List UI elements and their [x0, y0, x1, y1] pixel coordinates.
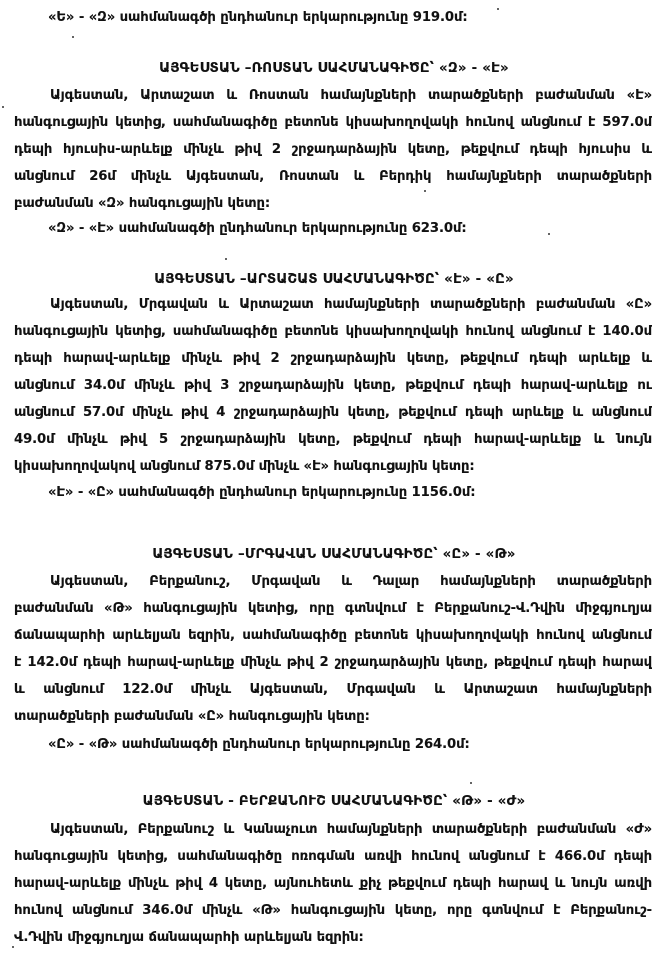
paragraph-line: անցնում 57.0մ մինչև թիվ 4 շրջադարձային կ…	[14, 405, 652, 422]
paragraph-line: ճանապարհի արևելյան եզրին, սահմանագիծը բե…	[14, 628, 652, 645]
paragraph-line: հարավ-արևելք մինչև թիվ 4 կետը, այնուհետև…	[14, 876, 652, 893]
paragraph-line: և անցնում 122.0մ մինչև Այգեստան, Մրգավան…	[14, 682, 652, 699]
summary-line-y-t: «Ը» - «Թ» սահմանագծի ընդհանուր երկարությ…	[48, 737, 470, 753]
summary-line-e-y: «Է» - «Ը» սահմանագծի ընդհանուր երկարությ…	[48, 485, 475, 501]
scan-speck	[470, 782, 472, 784]
paragraph-line: տարածքների բաժանման «Ը» հանգուցային կետը…	[14, 709, 652, 726]
paragraph-line: բաժանման «Թ» հանգուցային կետից, որը գտնվ…	[14, 601, 652, 618]
summary-line-e-z: «Ե» - «Զ» սահմանագծի ընդհանուր երկարությ…	[48, 10, 468, 26]
paragraph-line: Այգեստան, Արտաշատ և Ռոստան համայնքների տ…	[50, 88, 652, 105]
paragraph-line: Այգեստան, Մրգավան և Արտաշատ համայնքների …	[50, 297, 652, 314]
section-heading-aygestan-mrgavan: ԱՅԳԵՍՏԱՆ –ՄՐԳԱՎԱՆ ՍԱՀՄԱՆԱԳԻԾԸ՝ «Ը» - «Թ»	[0, 547, 668, 563]
paragraph-line: բաժանման «Զ» հանգուցային կետը:	[14, 196, 652, 213]
scan-speck	[497, 8, 499, 10]
scan-speck	[225, 258, 227, 260]
paragraph-line: հանգուցային կետից, սահմանագիծը բետոնե կի…	[14, 324, 652, 341]
scan-speck	[12, 946, 14, 948]
scanned-document-page: «Ե» - «Զ» սահմանագծի ընդհանուր երկարությ…	[0, 0, 668, 961]
paragraph-line: 49.0մ մինչև թիվ 5 շրջադարձային կետը, թեք…	[14, 432, 652, 449]
scan-speck	[72, 36, 74, 38]
section-heading-aygestan-rostan: ԱՅԳԵՍՏԱՆ –ՌՈՍՏԱՆ ՍԱՀՄԱՆԱԳԻԾԸ՝ «Զ» - «Է»	[0, 61, 668, 77]
paragraph-line: կիսախողովակով անցնում 875.0մ մինչև «Է» հ…	[14, 459, 652, 476]
scan-speck	[2, 106, 4, 108]
paragraph-line: Այգեստան, Բերքանուշ, Մրգավան և Դալար համ…	[50, 574, 652, 591]
scan-speck	[548, 233, 550, 235]
section-heading-aygestan-berqanush: ԱՅԳԵՍՏԱՆ - ԲԵՐՔԱՆՈՒՇ ՍԱՀՄԱՆԱԳԻԾԸ՝ «Թ» - …	[0, 794, 668, 810]
paragraph-line: դեպի հյուսիս-արևելք մինչև թիվ 2 շրջադարձ…	[14, 142, 652, 159]
paragraph-line: հանգուցային կետից, սահմանագիծը բետոնե կի…	[14, 115, 652, 132]
paragraph-line: դեպի հարավ-արևելք մինչև թիվ 2 շրջադարձայ…	[14, 351, 652, 368]
paragraph-line: Վ.Դվին միջգյուղյա ճանապարհի արևելյան եզր…	[14, 930, 652, 947]
paragraph-line: հունով անցնում 346.0մ մինչև «Թ» հանգուցա…	[14, 903, 652, 920]
paragraph-line: է 142.0մ դեպի հարավ-արևելք մինչև թիվ 2 շ…	[14, 655, 652, 672]
scan-speck	[424, 190, 426, 192]
summary-line-z-e: «Զ» - «Է» սահմանագծի ընդհանուր երկարությ…	[48, 221, 467, 237]
paragraph-line: Այգեստան, Բերքանուշ և Կանաչուտ համայնքնե…	[50, 822, 652, 839]
paragraph-line: անցնում 26մ մինչև Այգեստան, Ռոստան և Բեր…	[14, 169, 652, 186]
section-heading-aygestan-artashat: ԱՅԳԵՍՏԱՆ –ԱՐՏԱՇԱՏ ՍԱՀՄԱՆԱԳԻԾԸ՝ «Է» - «Ը»	[0, 272, 668, 288]
paragraph-line: անցնում 34.0մ մինչև թիվ 3 շրջադարձային կ…	[14, 378, 652, 395]
paragraph-line: հանգուցային կետից, սահմանագիծը ոռոգման ա…	[14, 849, 652, 866]
